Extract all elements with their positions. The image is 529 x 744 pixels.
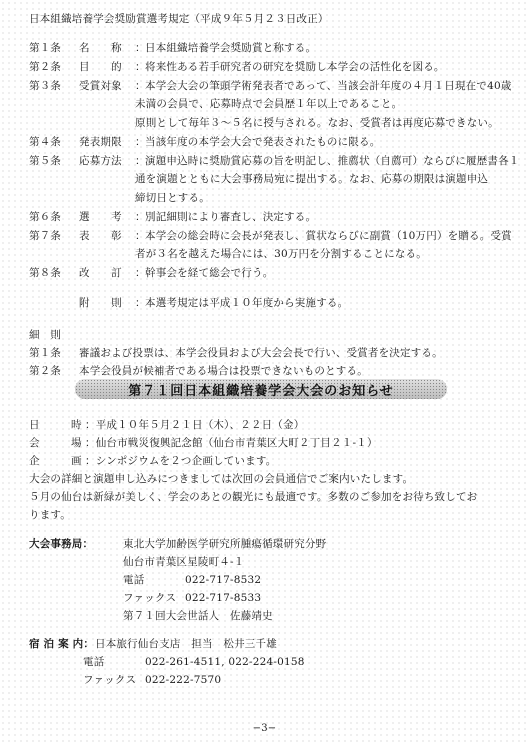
office-contact: 第７１回大会世話人 佐藤靖史 bbox=[123, 609, 273, 623]
detail-label: 日 時 bbox=[29, 418, 85, 432]
article-label: 表 彰 bbox=[79, 229, 135, 243]
meeting-venue: 会 場：仙台市戦災復興記念館（仙台市青葉区大町２丁目２１-１） bbox=[29, 436, 378, 450]
detail-text: 仙台市戦災復興記念館（仙台市青葉区大町２丁目２１-１） bbox=[96, 437, 378, 449]
colon: ： bbox=[135, 266, 145, 280]
lodging-fax-line: ファックス022-222-7570 bbox=[83, 673, 221, 687]
article-label: 発表期限 bbox=[79, 135, 135, 149]
article-5-cont: 通を演題とともに大会事務局宛に提出する。なお、応募の期限は演題申込 bbox=[135, 172, 488, 186]
rules-title: 日本組織培養学会奨励賞選考規定（平成９年５月２３日改正） bbox=[29, 12, 329, 26]
office-address: 仙台市青葉区星陵町４-１ bbox=[123, 555, 244, 569]
meeting-date: 日 時：平成１０年５月２１日（木）、２２日（金） bbox=[29, 418, 304, 432]
office-fax: 022-717-8533 bbox=[185, 592, 261, 604]
office-phone-line: 電話022-717-8532 bbox=[123, 573, 261, 587]
detail-label: 会 場 bbox=[29, 436, 85, 450]
article-text: 演題申込時に奨励賞応募の旨を明記し、推薦状（自薦可）ならびに履歴書各１ bbox=[145, 155, 520, 167]
article-number: 第８条 bbox=[29, 266, 79, 280]
article-6: 第６条選 考：別記細則により審査し、決定する。 bbox=[29, 210, 316, 224]
colon: ： bbox=[85, 419, 96, 431]
document-page: 日本組織培養学会奨励賞選考規定（平成９年５月２３日改正） 第１条名 称：日本組織… bbox=[0, 0, 529, 744]
colon: ： bbox=[135, 154, 145, 168]
office-org-line: 大会事務局：東北大学加齢医学研究所腫瘍循環研究分野 bbox=[29, 537, 326, 551]
article-label: 改 訂 bbox=[79, 266, 135, 280]
bylaw-text: 審議および投票は、本学会役員および大会会長で行い、受賞者を決定する。 bbox=[79, 347, 443, 359]
colon: ： bbox=[135, 79, 145, 93]
colon: ： bbox=[135, 229, 145, 243]
meeting-paragraph-line: ります。 bbox=[29, 508, 71, 522]
article-7-cont: 者が３名を越えた場合には、30万円を分割することになる。 bbox=[135, 247, 427, 261]
article-number: 第７条 bbox=[29, 229, 79, 243]
lodging-label: 宿 泊 案 内： bbox=[29, 637, 95, 651]
article-text: 別記細則により審査し、決定する。 bbox=[145, 211, 316, 223]
meeting-program: 企 画：シンポジウムを２つ企画しています。 bbox=[29, 454, 276, 468]
article-text: 日本組織培養学会奨励賞と称する。 bbox=[145, 42, 316, 54]
office-fax-line: ファックス022-717-8533 bbox=[123, 591, 261, 605]
detail-text: 平成１０年５月２１日（木）、２２日（金） bbox=[96, 419, 305, 431]
supplementary-provision: 附 則：本選考規定は平成１０年度から実施する。 bbox=[29, 296, 348, 310]
bylaw-number: 第１条 bbox=[29, 346, 79, 360]
article-3: 第３条受賞対象：本学会大会の筆頭学術発表者であって、当該会計年度の４月１日現在で… bbox=[29, 79, 512, 93]
article-number: 第６条 bbox=[29, 210, 79, 224]
supplementary-text: 本選考規定は平成１０年度から実施する。 bbox=[145, 297, 348, 309]
article-text: 本学会の総会時に会長が発表し、賞状ならびに副賞（10万円）を贈る。受賞 bbox=[145, 230, 512, 242]
article-text: 幹事会を経て総会で行う。 bbox=[145, 267, 273, 279]
article-1: 第１条名 称：日本組織培養学会奨励賞と称する。 bbox=[29, 41, 316, 55]
colon: ： bbox=[85, 455, 96, 467]
lodging-phone: 022-261-4511, 022-224-0158 bbox=[145, 656, 305, 668]
office-org: 東北大学加齢医学研究所腫瘍循環研究分野 bbox=[123, 538, 326, 550]
colon: ： bbox=[85, 437, 96, 449]
article-number: 第４条 bbox=[29, 135, 79, 149]
office-phone: 022-717-8532 bbox=[185, 574, 261, 586]
bylaws-heading: 細 則 bbox=[29, 328, 61, 342]
article-number: 第１条 bbox=[29, 41, 79, 55]
article-2: 第２条目 的：将来性ある若手研究者の研究を奨励し本学会の活性化を図る。 bbox=[29, 60, 445, 74]
fax-label: ファックス bbox=[123, 591, 185, 605]
detail-text: シンポジウムを２つ企画しています。 bbox=[96, 455, 277, 467]
article-number: 第５条 bbox=[29, 154, 79, 168]
article-text: 本学会大会の筆頭学術発表者であって、当該会計年度の４月１日現在で40歳 bbox=[145, 80, 512, 92]
supplementary-label: 附 則 bbox=[79, 296, 135, 310]
article-number: 第２条 bbox=[29, 60, 79, 74]
article-label: 受賞対象 bbox=[79, 79, 135, 93]
article-8: 第８条改 訂：幹事会を経て総会で行う。 bbox=[29, 266, 273, 280]
article-3-cont: 未満の会員で、応募時点で会員歴１年以上であること。 bbox=[135, 97, 402, 111]
article-label: 目 的 bbox=[79, 60, 135, 74]
article-7: 第７条表 彰：本学会の総会時に会長が発表し、賞状ならびに副賞（10万円）を贈る。… bbox=[29, 229, 512, 243]
article-4: 第４条発表期限：当該年度の本学会大会で発表されたものに限る。 bbox=[29, 135, 380, 149]
fax-label: ファックス bbox=[83, 673, 145, 687]
colon: ： bbox=[135, 296, 145, 310]
phone-label: 電話 bbox=[123, 573, 185, 587]
article-label: 名 称 bbox=[79, 41, 135, 55]
article-label: 応募方法 bbox=[79, 154, 135, 168]
article-text: 当該年度の本学会大会で発表されたものに限る。 bbox=[145, 136, 380, 148]
lodging-agency-line: 宿 泊 案 内：日本旅行仙台支店 担当 松井三千雄 bbox=[29, 637, 277, 651]
colon: ： bbox=[135, 135, 145, 149]
bylaw-number: 第２条 bbox=[29, 364, 79, 378]
article-number: 第３条 bbox=[29, 79, 79, 93]
phone-label: 電話 bbox=[83, 655, 145, 669]
office-label: 大会事務局： bbox=[29, 537, 123, 551]
meeting-banner: 第７１回日本組織培養学会大会のお知らせ bbox=[75, 379, 447, 399]
article-5: 第５条応募方法：演題申込時に奨励賞応募の旨を明記し、推薦状（自薦可）ならびに履歴… bbox=[29, 154, 520, 168]
lodging-phone-line: 電話022-261-4511, 022-224-0158 bbox=[83, 655, 305, 669]
article-5-cont: 締切日とする。 bbox=[135, 191, 210, 205]
lodging-fax: 022-222-7570 bbox=[145, 674, 221, 686]
colon: ： bbox=[135, 210, 145, 224]
colon: ： bbox=[135, 60, 145, 74]
detail-label: 企 画 bbox=[29, 454, 85, 468]
meeting-paragraph-line: ５月の仙台は新緑が美しく、学会のあとの観光にも最適です。多数のご参加をお待ち致し… bbox=[29, 490, 477, 504]
lodging-agency: 日本旅行仙台支店 担当 松井三千雄 bbox=[95, 638, 277, 650]
meeting-banner-title: 第７１回日本組織培養学会大会のお知らせ bbox=[128, 380, 394, 399]
colon: ： bbox=[135, 41, 145, 55]
article-label: 選 考 bbox=[79, 210, 135, 224]
bylaw-2: 第２条本学会役員が候補者である場合は投票できないものとする。 bbox=[29, 364, 368, 378]
meeting-paragraph-line: 大会の詳細と演題申し込みにつきましては次回の会員通信でご案内いたします。 bbox=[29, 472, 413, 486]
article-3-cont: 原則として毎年３～５名に授与される。なお、受賞者は再度応募できない。 bbox=[135, 116, 499, 130]
article-text: 将来性ある若手研究者の研究を奨励し本学会の活性化を図る。 bbox=[145, 61, 445, 73]
bylaw-text: 本学会役員が候補者である場合は投票できないものとする。 bbox=[79, 365, 368, 377]
page-number: −3− bbox=[0, 722, 529, 736]
bylaw-1: 第１条審議および投票は、本学会役員および大会会長で行い、受賞者を決定する。 bbox=[29, 346, 443, 360]
